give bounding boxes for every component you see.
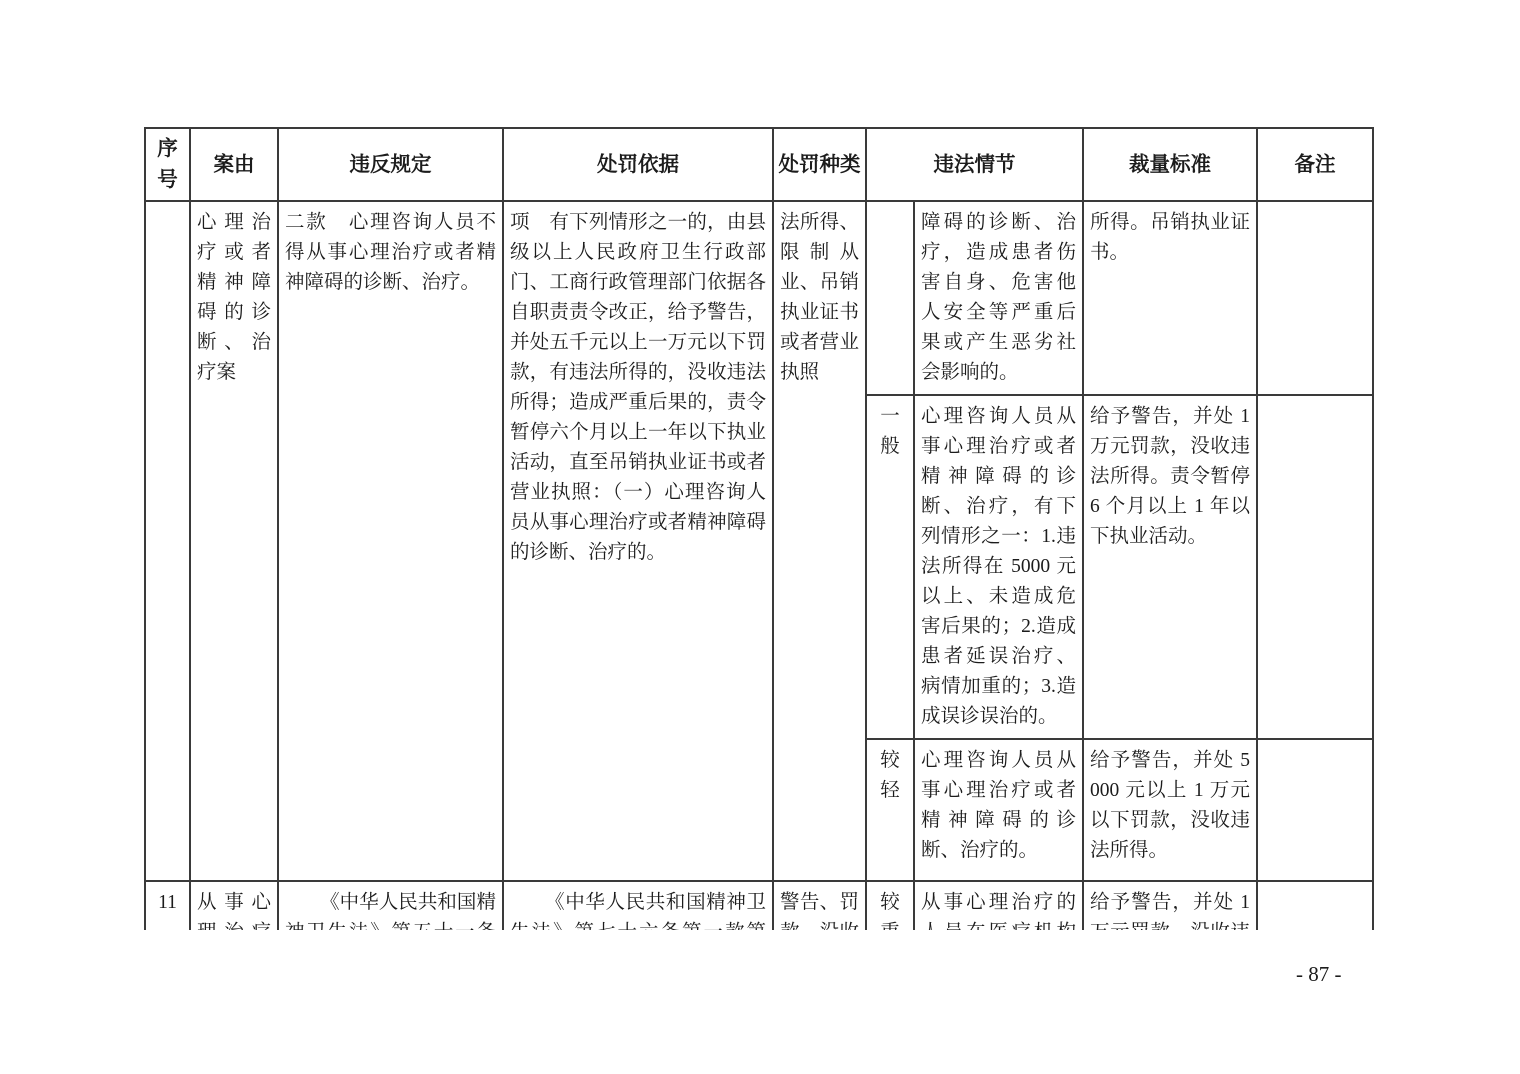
cell-row10-violation: 二款 心理咨询人员不得从事心理治疗或者精神障碍的诊断、治疗。 [278, 201, 503, 881]
cell-row10-standard-a: 所得。吊销执业证书。 [1083, 201, 1257, 395]
cell-row10-circumstance-c: 心理咨询人员从事心理治疗或者精神障碍的诊断、治疗的。 [914, 739, 1083, 881]
header-penalty-type: 处罚种类 [773, 128, 866, 201]
cell-row10-case: 心理治疗或者精神障碍的诊断、治疗案 [190, 201, 278, 881]
header-standard: 裁量标准 [1083, 128, 1257, 201]
document-page: 序号 案由 违反规定 处罚依据 处罚种类 违法情节 裁量标准 备注 心理治疗或者… [0, 0, 1520, 1074]
cell-row10-note-b [1257, 395, 1373, 739]
header-note: 备注 [1257, 128, 1373, 201]
cell-row11-basis: 《中华人民共和国精神卫生法》第七十六条第一款第（二） [503, 881, 773, 930]
table-header-row: 序号 案由 违反规定 处罚依据 处罚种类 违法情节 裁量标准 备注 [145, 128, 1373, 201]
cell-row11-case: 从事心理治疗的人 [190, 881, 278, 930]
header-serial-label: 序号 [156, 134, 180, 196]
cell-row11-severity: 较重 [866, 881, 914, 930]
cell-row10-standard-c: 给予警告，并处 5000 元以上 1 万元以下罚款，没收违法所得。 [1083, 739, 1257, 881]
table-row-11: 11 从事心理治疗的人 《中华人民共和国精神卫生法》第五十一条 心 《中华人民共… [145, 881, 1373, 930]
cell-row10-note-c [1257, 739, 1373, 881]
cell-row10-severity-a [866, 201, 914, 395]
cell-row10-circumstance-a: 障碍的诊断、治疗，造成患者伤害自身、危害他人安全等严重后果或产生恶劣社会影响的。 [914, 201, 1083, 395]
cell-row10-serial [145, 201, 190, 881]
cell-row11-note [1257, 881, 1373, 930]
header-circumstance: 违法情节 [866, 128, 1083, 201]
cell-row10-basis: 项 有下列情形之一的，由县级以上人民政府卫生行政部门、工商行政管理部门依据各自职… [503, 201, 773, 881]
cell-row11-violation: 《中华人民共和国精神卫生法》第五十一条 心 [278, 881, 503, 930]
cell-row10-standard-b: 给予警告，并处 1 万元罚款，没收违法所得。责令暂停 6 个月以上 1 年以下执… [1083, 395, 1257, 739]
header-serial: 序号 [145, 128, 190, 201]
cell-row10-severity-b: 一般 [866, 395, 914, 739]
cell-row10-penalty-type: 法所得、限制从业、吊销执业证书或者营业执照 [773, 201, 866, 881]
table-row-10-sub-a: 心理治疗或者精神障碍的诊断、治疗案 二款 心理咨询人员不得从事心理治疗或者精神障… [145, 201, 1373, 395]
header-basis: 处罚依据 [503, 128, 773, 201]
header-violation: 违反规定 [278, 128, 503, 201]
penalty-standards-table-container: 序号 案由 违反规定 处罚依据 处罚种类 违法情节 裁量标准 备注 心理治疗或者… [144, 127, 1374, 930]
cell-row10-severity-c: 较轻 [866, 739, 914, 881]
cell-row10-circumstance-b: 心理咨询人员从事心理治疗或者精神障碍的诊断、治疗，有下列情形之一：1.违法所得在… [914, 395, 1083, 739]
cell-row10-note-a [1257, 201, 1373, 395]
cell-row11-serial: 11 [145, 881, 190, 930]
cell-row11-penalty-type: 警告、罚款、没收违 [773, 881, 866, 930]
header-case: 案由 [190, 128, 278, 201]
cell-row11-standard: 给予警告，并处 1 万元罚款，没收违法 [1083, 881, 1257, 930]
penalty-standards-table: 序号 案由 违反规定 处罚依据 处罚种类 违法情节 裁量标准 备注 心理治疗或者… [144, 127, 1374, 930]
page-number: - 87 - [1296, 962, 1342, 987]
cell-row11-circumstance: 从事心理治疗的人员在医疗机构以外 [914, 881, 1083, 930]
